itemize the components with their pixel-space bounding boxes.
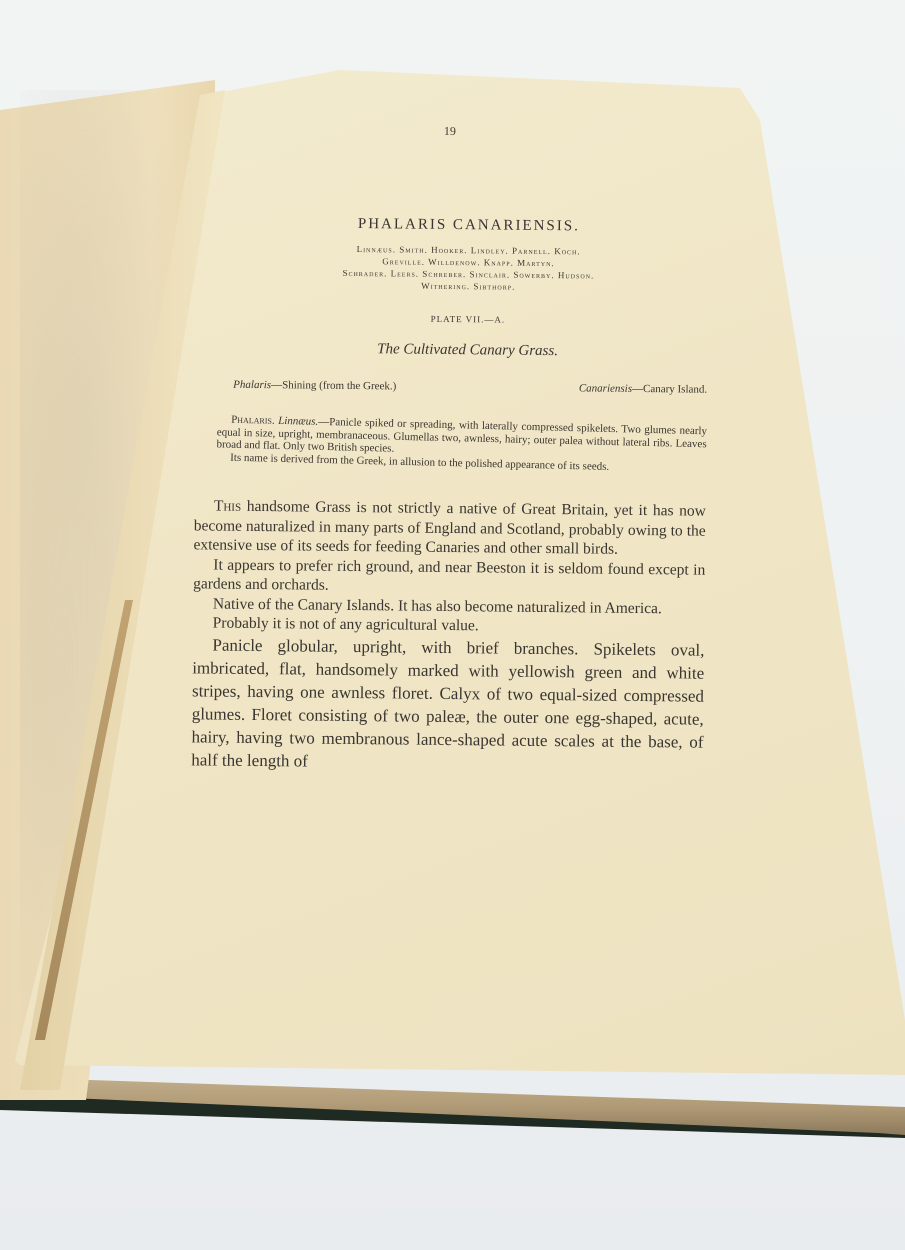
plate-label: PLATE VII.—A. bbox=[188, 311, 708, 326]
species-term: Canariensis bbox=[579, 382, 632, 395]
authorities-list: Linnæus. Smith. Hooker. Lindley. Parnell… bbox=[188, 241, 708, 294]
genus-term: Phalaris bbox=[233, 379, 271, 391]
paragraph: This handsome Grass is not strictly a na… bbox=[193, 496, 706, 560]
common-name: The Cultivated Canary Grass. bbox=[188, 339, 708, 361]
genus-author: Linnæus. bbox=[278, 415, 318, 428]
paragraph-text: handsome Grass is not strictly a native … bbox=[193, 498, 706, 558]
paragraph: It appears to prefer rich ground, and ne… bbox=[193, 555, 705, 599]
etymology: Phalaris—Shining (from the Greek.) Canar… bbox=[187, 378, 707, 395]
species-meaning: —Canary Island. bbox=[632, 383, 707, 396]
genus-lead: Phalaris. bbox=[231, 414, 275, 427]
genus-meaning: —Shining (from the Greek.) bbox=[271, 379, 396, 392]
species-title: PHALARIS CANARIENSIS. bbox=[189, 214, 709, 236]
page-number: 19 bbox=[190, 121, 710, 141]
paragraph: Panicle globular, upright, with brief br… bbox=[191, 633, 704, 776]
body-text: This handsome Grass is not strictly a na… bbox=[183, 496, 706, 776]
paragraph-lead: This bbox=[214, 498, 241, 515]
etymology-genus: Phalaris—Shining (from the Greek.) bbox=[233, 379, 396, 393]
page-text-block: 19 PHALARIS CANARIENSIS. Linnæus. Smith.… bbox=[182, 117, 710, 862]
genus-description: Phalaris. Linnæus.—Panicle spiked or spr… bbox=[186, 413, 707, 476]
etymology-species: Canariensis—Canary Island. bbox=[579, 382, 707, 395]
page-stack-edge bbox=[0, 1065, 905, 1135]
